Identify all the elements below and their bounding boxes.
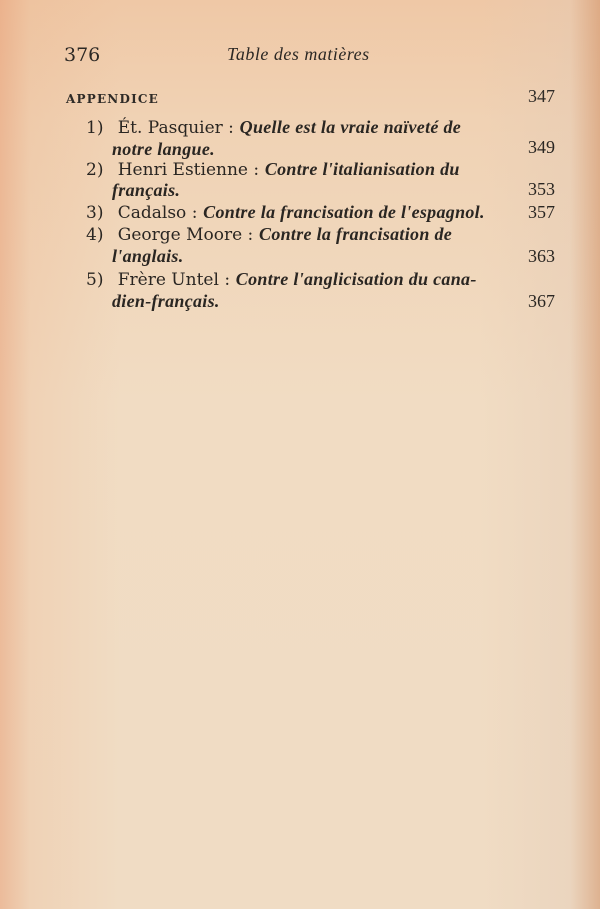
entry-number: 3) (86, 202, 112, 224)
entry-number: 1) (86, 117, 112, 139)
entry-title: Contre la francisation de (259, 224, 452, 244)
entry-title-continued: dien-français. (112, 291, 220, 311)
section-page-number: 347 (528, 86, 555, 107)
entry-page-number: 367 (528, 290, 555, 312)
entry-number: 2) (86, 159, 112, 181)
running-title: Table des matières (227, 44, 370, 65)
entry-author: Frère Untel : (118, 270, 230, 290)
entry-title-continued: français. (112, 180, 180, 200)
section-heading: APPENDICE (66, 92, 159, 106)
page-header: 376 Table des matières (64, 44, 394, 70)
entry-number: 5) (86, 269, 112, 291)
book-page: 376 Table des matières APPENDICE 347 1) … (0, 0, 600, 909)
entry-author: Henri Estienne : (118, 160, 259, 180)
entry-title-continued: l'anglais. (112, 246, 184, 266)
entry-title: Quelle est la vraie naïveté de (240, 117, 461, 137)
entry-author: Cadalso : (118, 203, 198, 223)
page-number: 376 (64, 44, 100, 66)
entry-page-number: 357 (528, 201, 555, 223)
entry-page-number: 353 (528, 178, 555, 200)
entry-title: Contre la francisation de l'espagnol. (203, 202, 485, 222)
entry-page-number: 363 (528, 245, 555, 267)
entry-page-number: 349 (528, 136, 555, 158)
entry-author: George Moore : (118, 225, 254, 245)
entry-author: Ét. Pasquier : (118, 118, 234, 138)
entry-number: 4) (86, 224, 112, 246)
entry-title-continued: notre langue. (112, 139, 215, 159)
entry-title: Contre l'anglicisation du cana- (236, 269, 477, 289)
entry-title: Contre l'italianisation du (265, 159, 460, 179)
